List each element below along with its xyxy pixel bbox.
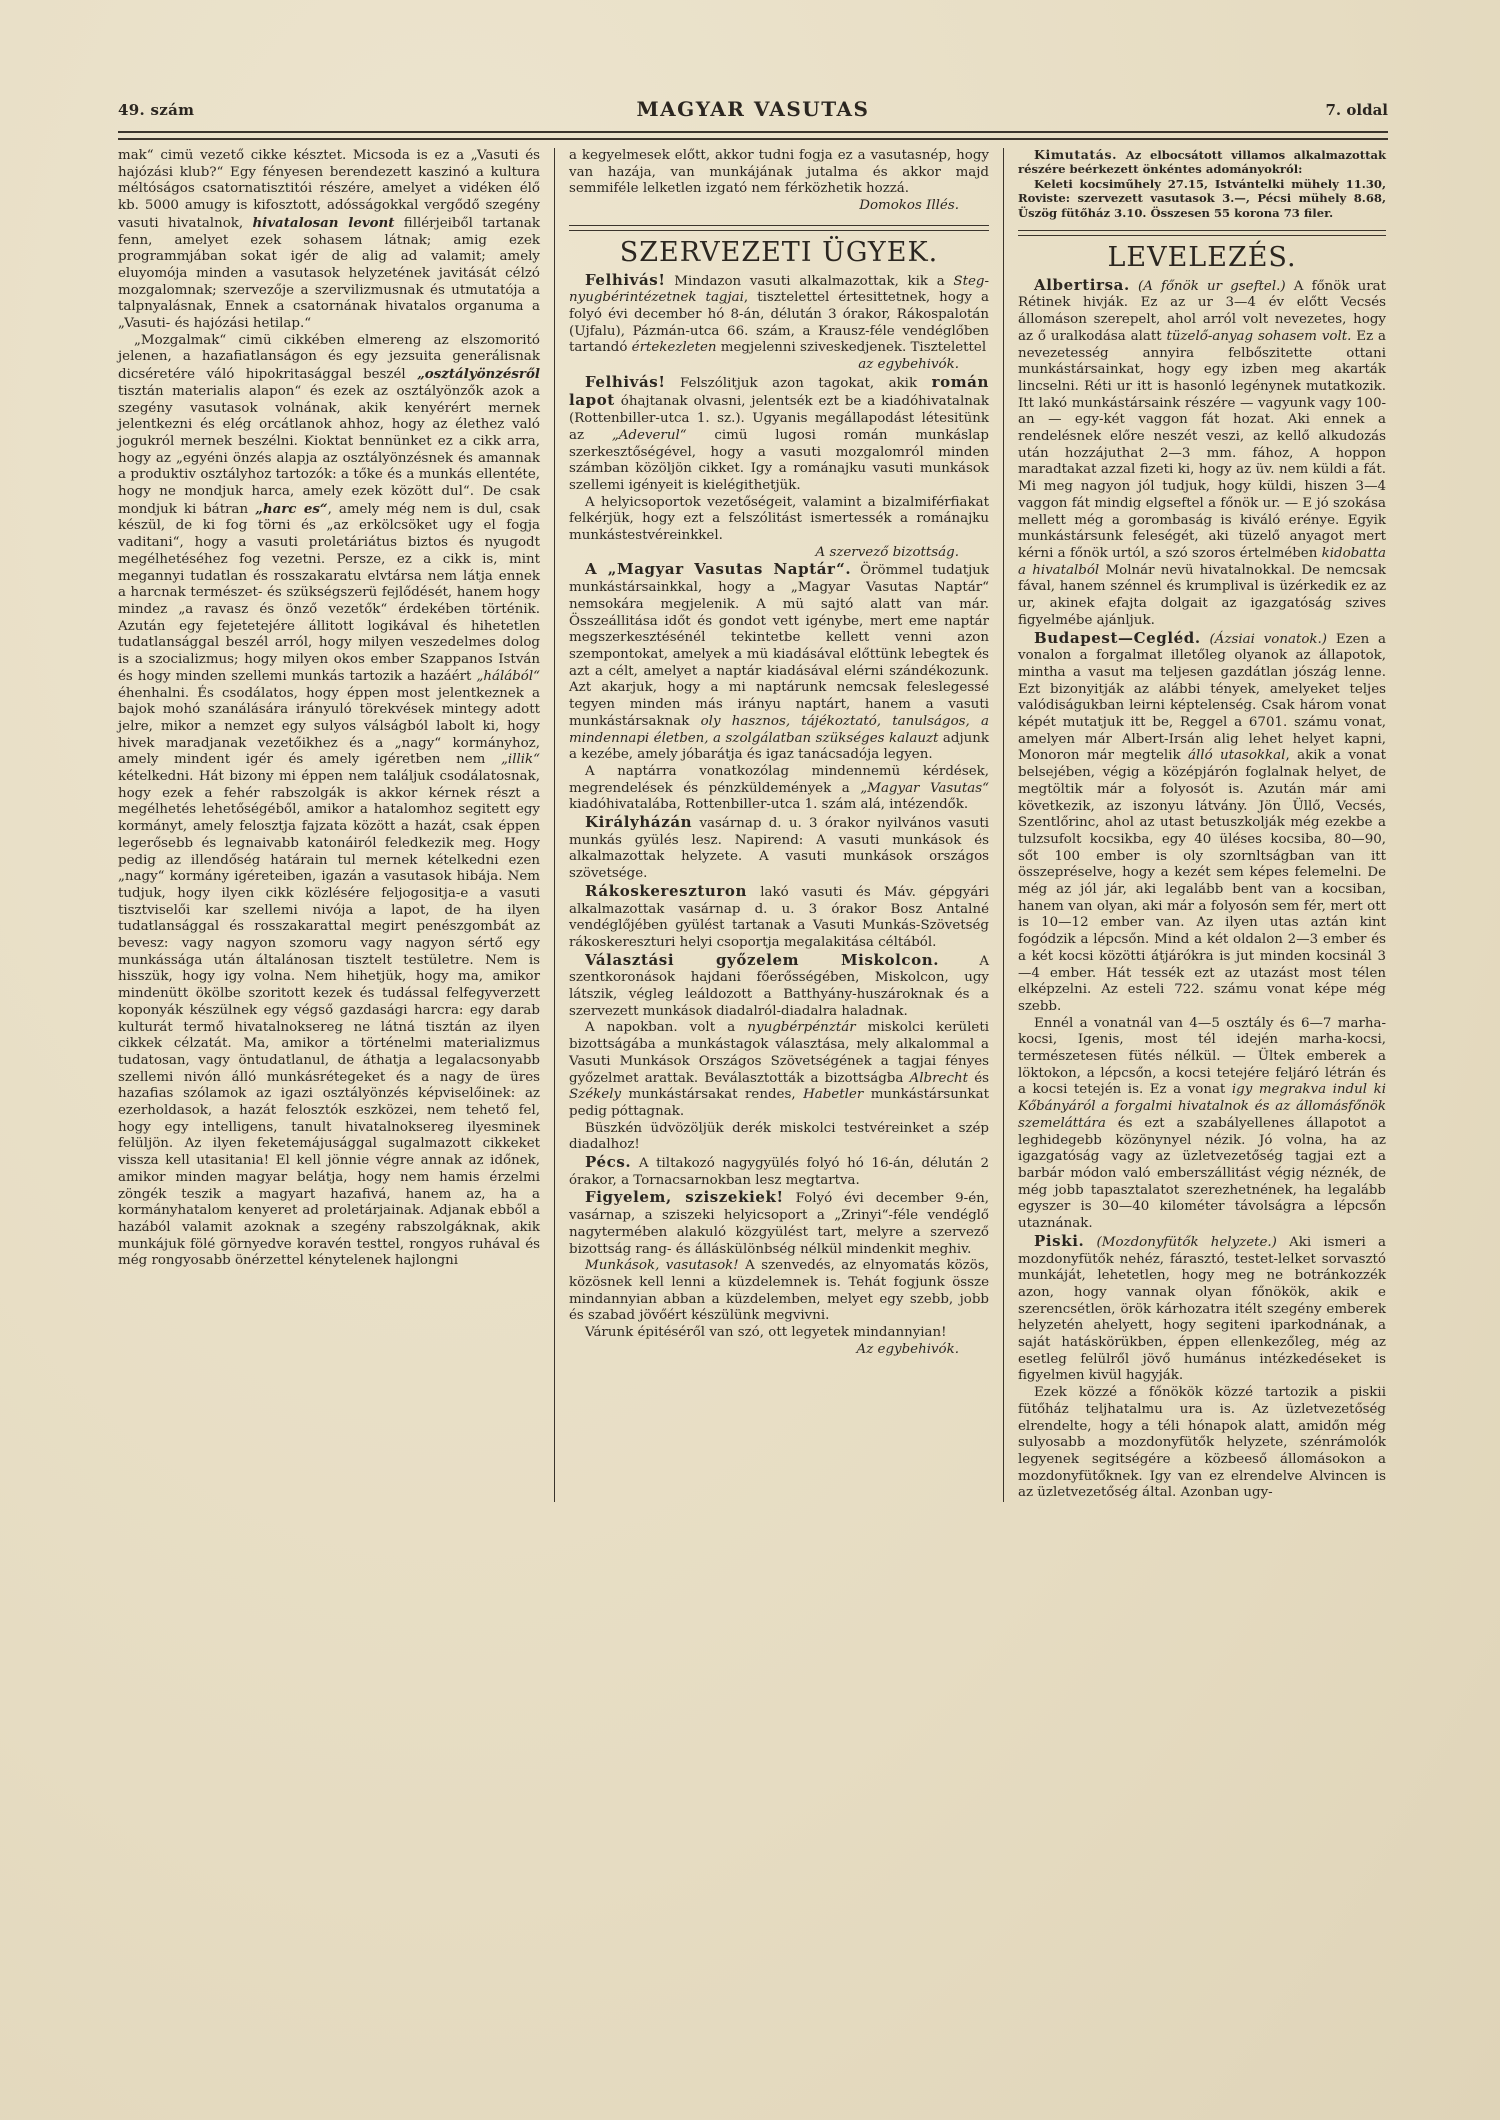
article-rakoskereszturon: Rákoskereszturon lakó vasuti és Máv. gép…	[569, 883, 989, 952]
donation-report: Kimutatás. Az elbocsátott villamos alkal…	[1018, 148, 1386, 220]
separator-rule	[1018, 230, 1386, 236]
paragraph: A helyicsoportok vezetőségeit, valamint …	[569, 495, 989, 545]
column-3: Kimutatás. Az elbocsátott villamos alkal…	[1004, 148, 1386, 1502]
page-number: 7. oldal	[1326, 101, 1389, 119]
article-felhivas-1: Felhivás! Mindazon vasuti alkalmazottak,…	[569, 272, 989, 358]
paragraph: Ennél a vonatnál van 4—5 osztály és 6—7 …	[1018, 1016, 1386, 1233]
article-miskolc: Választási győzelem Miskolcon. A szentko…	[569, 952, 989, 1021]
article-naptar: A „Magyar Vasutas Naptár“. Örömmel tudat…	[569, 561, 989, 763]
letter-piski: Piski. (Mozdonyfütők helyzete.) Aki isme…	[1018, 1233, 1386, 1385]
paragraph: A naptárra vonatkozólag mindennemü kérdé…	[569, 764, 989, 814]
column-2: a kegyelmesek előtt, akkor tudni fogja e…	[555, 148, 1004, 1502]
article-pecs: Pécs. A tiltakozó nagygyülés folyó hó 16…	[569, 1154, 989, 1189]
paragraph: A napokban. volt a nyugbérpénztár miskol…	[569, 1020, 989, 1120]
article-felhivas-2: Felhivás! Felszólitjuk azon tagokat, aki…	[569, 374, 989, 495]
paragraph: Ezek közzé a főnökök közzé tartozik a pi…	[1018, 1385, 1386, 1502]
newspaper-page: 49. szám MAGYAR VASUTAS 7. oldal mak“ ci…	[118, 95, 1388, 1502]
signature: Az egybehivók.	[569, 1342, 989, 1359]
paragraph: Várunk épitéséről van szó, ott legyetek …	[569, 1325, 989, 1342]
article-continuation: a kegyelmesek előtt, akkor tudni fogja e…	[569, 148, 989, 198]
separator-rule	[569, 225, 989, 231]
paragraph: Büszkén üdvözöljük derék miskolci testvé…	[569, 1121, 989, 1154]
section-title-szervezeti-ugyek: SZERVEZETI ÜGYEK.	[569, 245, 989, 262]
signature: az egybehivók.	[569, 357, 989, 374]
columns: mak“ cimü vezető cikke késztet. Micsoda …	[118, 148, 1388, 1502]
author-signature: Domokos Illés.	[569, 198, 989, 215]
paragraph: mak“ cimü vezető cikke késztet. Micsoda …	[118, 148, 540, 333]
header-rule	[118, 131, 1388, 140]
paragraph: „Mozgalmak“ cimü cikkében elmereng az el…	[118, 333, 540, 1270]
masthead: 49. szám MAGYAR VASUTAS 7. oldal	[118, 95, 1388, 131]
signature: A szervező bizottság.	[569, 545, 989, 562]
section-title-levelezes: LEVELEZÉS.	[1018, 250, 1386, 267]
newspaper-title: MAGYAR VASUTAS	[118, 97, 1388, 121]
column-1: mak“ cimü vezető cikke késztet. Micsoda …	[118, 148, 555, 1502]
article-kiralyhazan: Királyházán vasárnap d. u. 3 órakor nyil…	[569, 814, 989, 883]
article-sziszek: Figyelem, sziszekiek! Folyó évi december…	[569, 1189, 989, 1258]
letter-budapest-cegled: Budapest—Cegléd. (Ázsiai vonatok.) Ezen …	[1018, 630, 1386, 1016]
paragraph: Munkások, vasutasok! A szenvedés, az eln…	[569, 1258, 989, 1325]
letter-albertirsa: Albertirsa. (A főnök ur gseftel.) A főnö…	[1018, 277, 1386, 630]
